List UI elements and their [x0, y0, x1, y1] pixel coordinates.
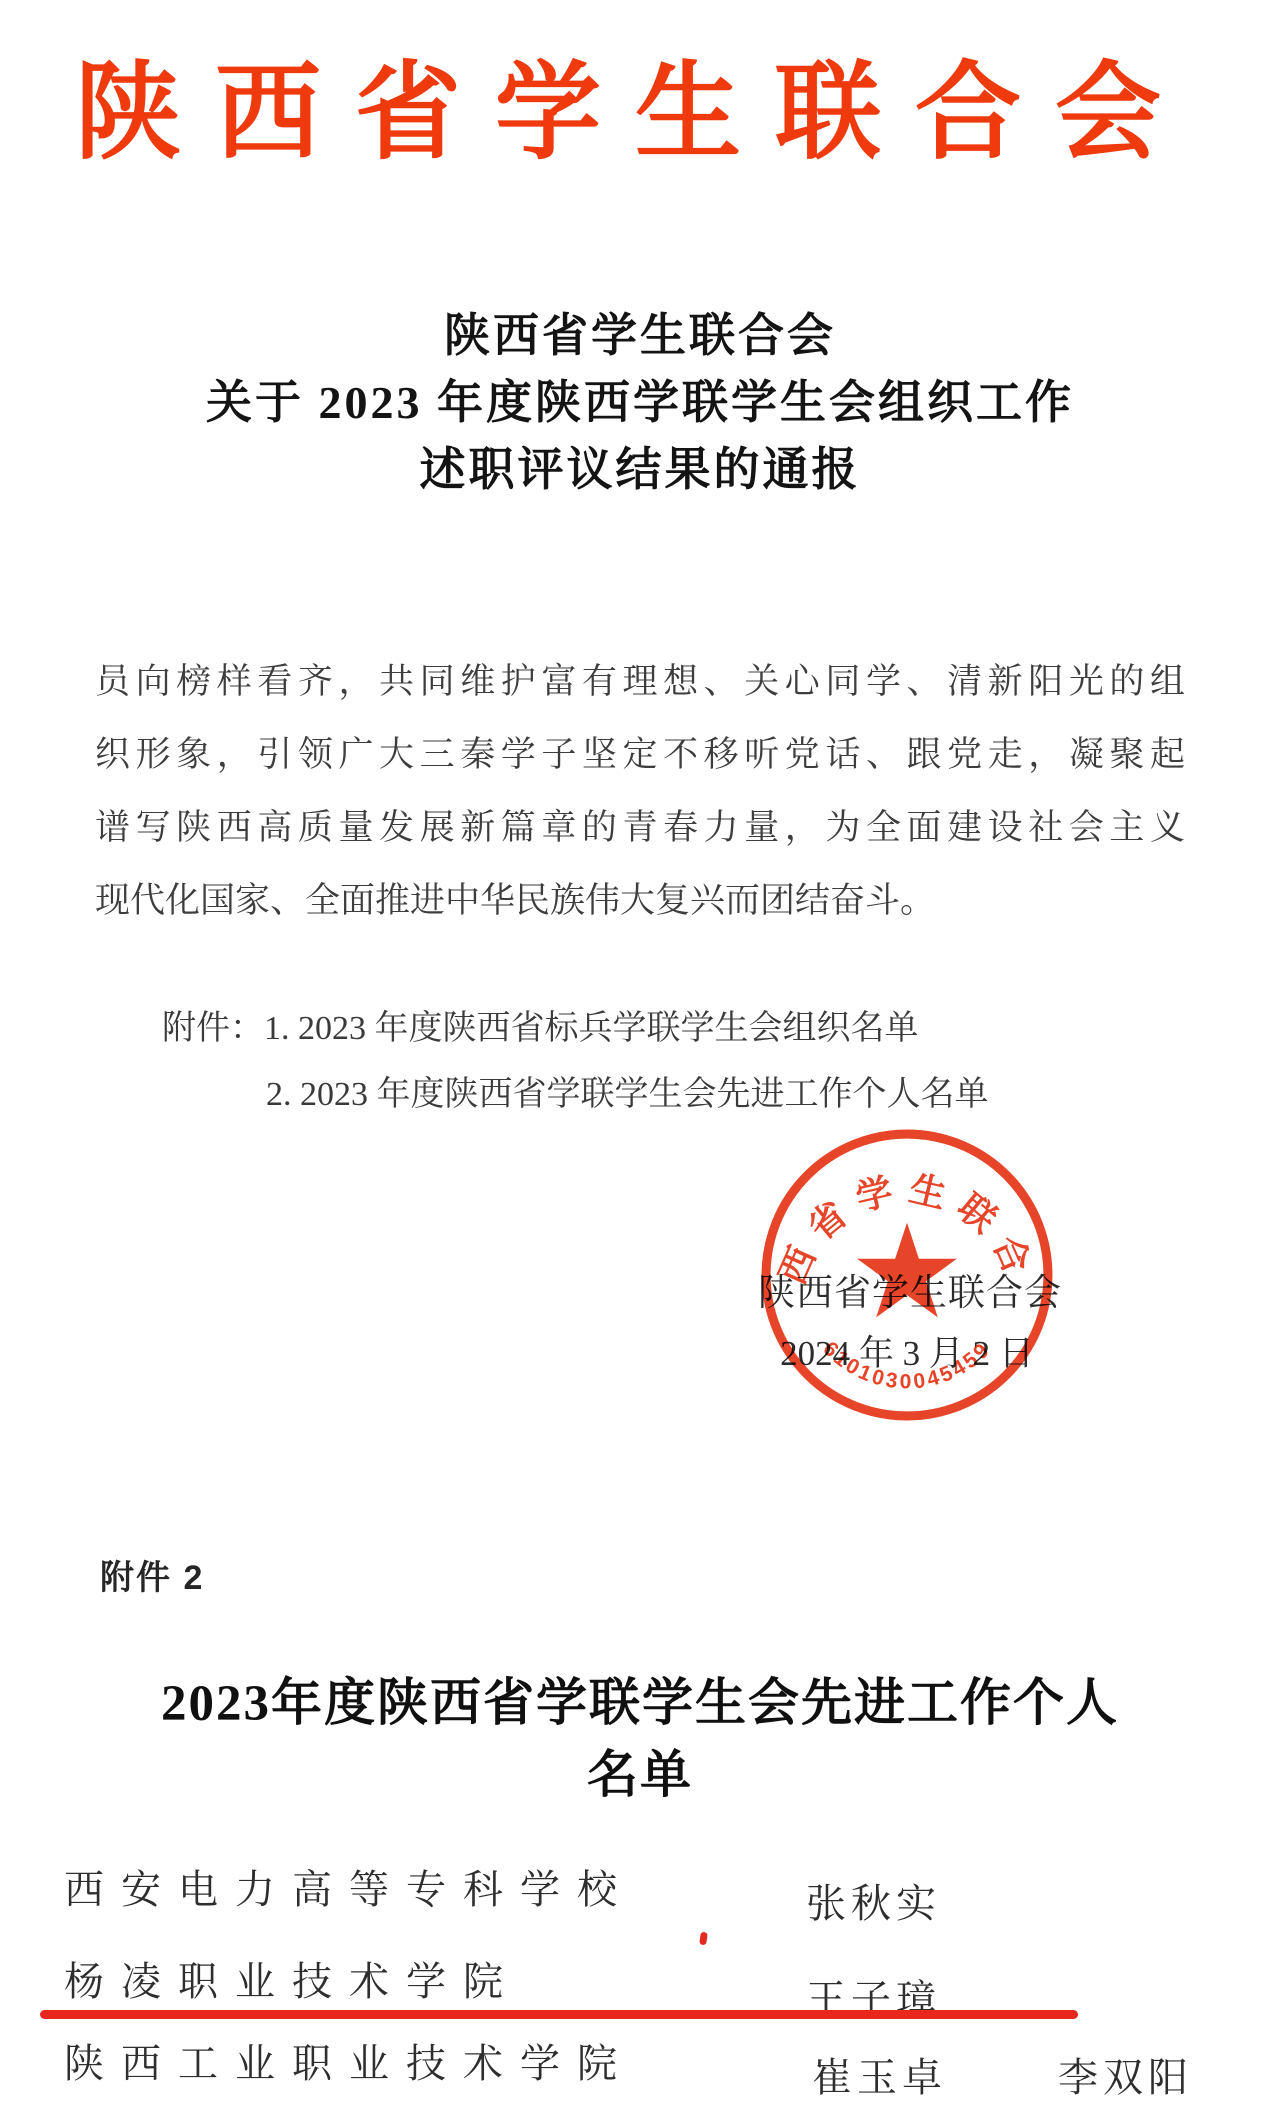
- official-seal: 陕西省学生联合会 6101030045459: [756, 1124, 1058, 1426]
- svg-text:6101030045459: 6101030045459: [818, 1337, 995, 1393]
- document-page: 陕西省学生联合会 陕西省学生联合会 关于 2023 年度陕西学联学生会组织工作 …: [0, 0, 1280, 2102]
- person-name: 张秋实: [806, 1872, 941, 1929]
- doc-title: 陕西省学生联合会 关于 2023 年度陕西学联学生会组织工作 述职评议结果的通报: [0, 302, 1280, 503]
- school-name: 陕西工业职业技术学院: [64, 2032, 634, 2089]
- annex2-label: 附件 2: [100, 1550, 204, 1599]
- body-line: 现代化国家、全面推进中华民族伟大复兴而团结奋斗。: [95, 864, 1185, 937]
- doc-title-line-3: 述职评议结果的通报: [0, 436, 1280, 503]
- red-check-mark: [699, 1932, 708, 1946]
- attachment-item-2: 2. 2023 年度陕西省学联学生会先进工作个人名单: [266, 1062, 1162, 1128]
- school-name: 西安电力高等专科学校: [64, 1858, 634, 1915]
- seal-star-icon: [857, 1223, 957, 1318]
- doc-title-line-1: 陕西省学生联合会: [0, 302, 1280, 369]
- masthead-title: 陕西省学生联合会: [75, 34, 1161, 194]
- school-name: 杨凌职业技术学院: [64, 1950, 520, 2007]
- body-line: 谱写陕西高质量发展新篇章的青春力量，为全面建设社会主义: [95, 791, 1185, 864]
- person-name: 李双阳: [1058, 2046, 1193, 2102]
- seal-serial-number: 6101030045459: [818, 1337, 995, 1393]
- body-line: 员向榜样看齐，共同维护富有理想、关心同学、清新阳光的组: [95, 645, 1185, 718]
- attachment-list: 附件：1. 2023 年度陕西省标兵学联学生会组织名单 2. 2023 年度陕西…: [162, 996, 1162, 1128]
- body-paragraph: 员向榜样看齐，共同维护富有理想、关心同学、清新阳光的组 织形象，引领广大三秦学子…: [95, 645, 1185, 937]
- annex2-title: 2023年度陕西省学联学生会先进工作个人 名单: [0, 1668, 1280, 1812]
- attachment-item-1: 附件：1. 2023 年度陕西省标兵学联学生会组织名单: [162, 996, 1162, 1062]
- person-name: 崔玉卓: [812, 2046, 947, 2102]
- annex2-title-line-1: 2023年度陕西省学联学生会先进工作个人: [0, 1668, 1280, 1740]
- annex2-title-line-2: 名单: [0, 1740, 1280, 1812]
- body-line: 织形象，引领广大三秦学子坚定不移听党话、跟党走，凝聚起: [95, 718, 1185, 791]
- red-divider-line: [40, 2010, 1078, 2019]
- doc-title-line-2: 关于 2023 年度陕西学联学生会组织工作: [0, 369, 1280, 436]
